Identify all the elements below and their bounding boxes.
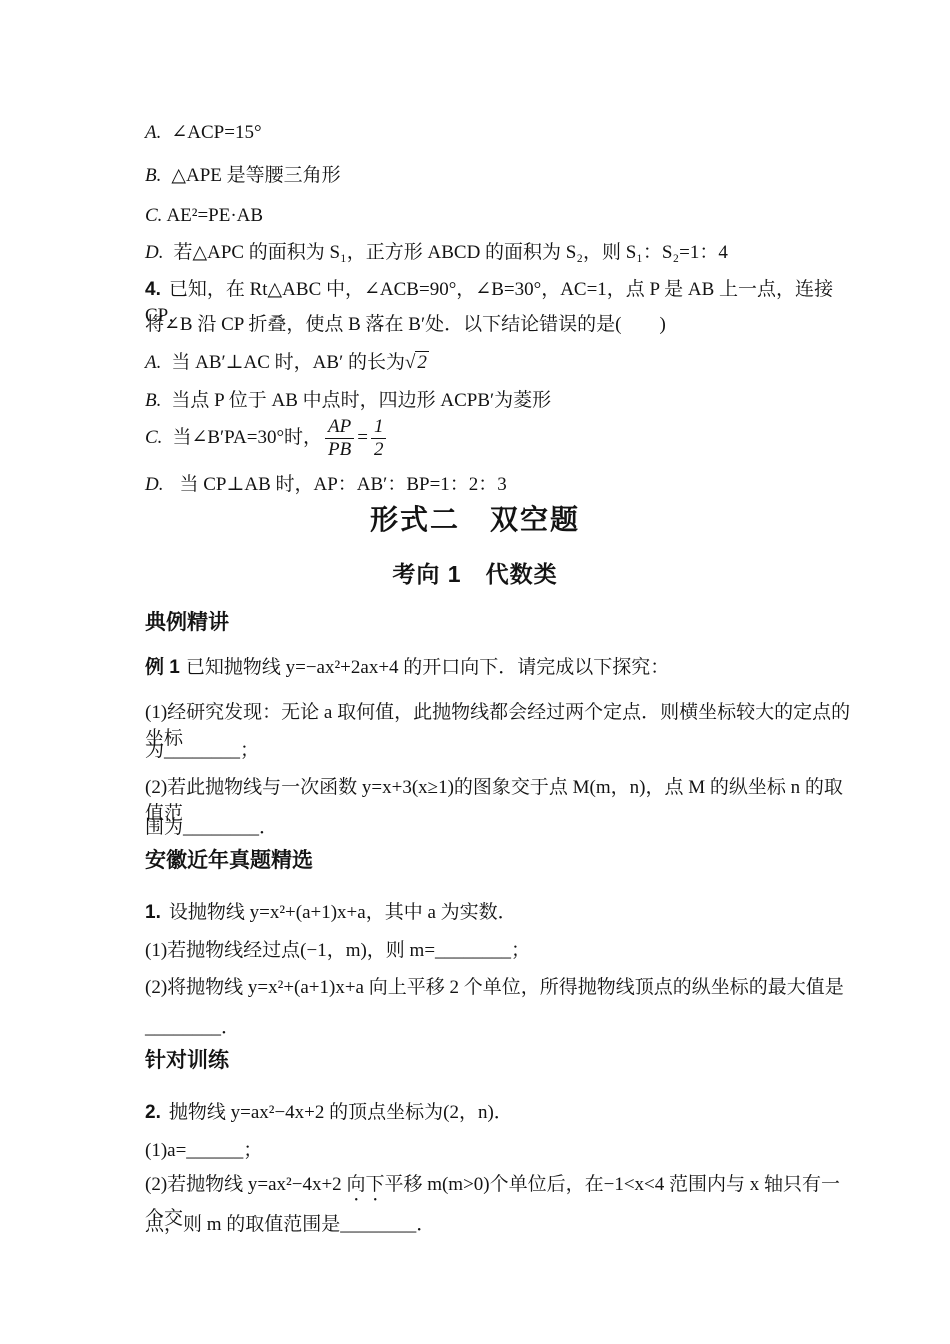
q4-option-d: D.当 CP⊥AB 时，AP：AB′：BP=1：2：3 xyxy=(145,472,857,498)
q1-stem-text: 设抛物线 y=x²+(a+1)x+a，其中 a 为实数． xyxy=(169,902,517,923)
q3-option-c-label: C. xyxy=(145,205,162,226)
equals-sign: = xyxy=(357,425,368,451)
fraction-numerator: AP xyxy=(325,417,354,439)
example1-part1-blank: 为________； xyxy=(145,738,857,764)
q4-option-c-label: C. xyxy=(145,425,162,451)
section-example: 典例精讲 xyxy=(145,610,229,636)
q4-option-c-prefix: 当∠B′PA=30°时， xyxy=(172,425,322,451)
q3-option-a: A.∠ACP=15° xyxy=(145,120,857,146)
q2-part1: (1)a=______； xyxy=(145,1138,857,1164)
example1-intro-text: 已知抛物线 y=−ax²+2ax+4 的开口向下．请完成以下探究： xyxy=(186,657,669,678)
worksheet-page: A.∠ACP=15° B.△APE 是等腰三角形 C.AE²=PE·AB D.若… xyxy=(0,0,950,1344)
q4-option-a-text: 当 AB′⊥AC 时，AB′ 的长为 xyxy=(171,352,405,373)
q3-option-d-label: D. xyxy=(145,242,163,263)
section-anhui: 安徽近年真题精选 xyxy=(145,848,313,874)
q3-option-c: C.AE²=PE·AB xyxy=(145,203,857,229)
q2-number: 2. xyxy=(145,1102,161,1123)
example1-intro: 例 1已知抛物线 y=−ax²+2ax+4 的开口向下．请完成以下探究： xyxy=(145,655,857,681)
fraction-ap-pb: AP PB xyxy=(325,417,354,460)
q4-number: 4. xyxy=(145,279,161,300)
q2-stem: 2.抛物线 y=ax²−4x+2 的顶点坐标为(2，n)． xyxy=(145,1100,857,1126)
fraction-one-half: 1 2 xyxy=(371,417,387,460)
q4-option-a: A.当 AB′⊥AC 时，AB′ 的长为√2 xyxy=(145,350,857,376)
q4-stem-line2: 将∠B 沿 CP 折叠，使点 B 落在 B′处．以下结论错误的是( ) xyxy=(145,312,857,338)
q4-option-d-text: 当 CP⊥AB 时，AP：AB′：BP=1：2：3 xyxy=(179,474,506,495)
q4-option-d-label: D. xyxy=(145,474,163,495)
q3-option-a-label: A. xyxy=(145,122,161,143)
q2-part2-prefix: (2)若抛物线 y=ax²−4x+2 xyxy=(145,1174,346,1195)
q3-option-b: B.△APE 是等腰三角形 xyxy=(145,163,857,189)
q4-stem-text2: 将∠B 沿 CP 折叠，使点 B 落在 B′处．以下结论错误的是( ) xyxy=(145,314,666,335)
q4-option-b: B.当点 P 位于 AB 中点时，四边形 ACPB′为菱形 xyxy=(145,388,857,414)
q3-option-a-text: ∠ACP=15° xyxy=(171,122,261,143)
fraction-numerator: 1 xyxy=(371,417,387,439)
q4-option-b-label: B. xyxy=(145,390,161,411)
q3-option-b-text: △APE 是等腰三角形 xyxy=(171,165,340,186)
radical-sign: √ xyxy=(405,352,415,373)
q3-option-c-text: AE²=PE·AB xyxy=(166,205,263,226)
q3-option-d: D.若△APC 的面积为 S₁，正方形 ABCD 的面积为 S₂，则 S₁：S₂… xyxy=(145,240,857,266)
q4-option-b-text: 当点 P 位于 AB 中点时，四边形 ACPB′为菱形 xyxy=(171,390,551,411)
q1-part1: (1)若抛物线经过点(−1，m)，则 m=________； xyxy=(145,938,857,964)
q3-option-b-label: B. xyxy=(145,165,161,186)
topic-title: 考向 1 代数类 xyxy=(0,560,950,588)
section-practice: 针对训练 xyxy=(145,1048,229,1074)
q3-option-d-text: 若△APC 的面积为 S₁，正方形 ABCD 的面积为 S₂，则 S₁：S₂=1… xyxy=(173,242,727,263)
fraction-denominator: PB xyxy=(325,439,354,460)
form-title: 形式二 双空题 xyxy=(0,503,950,537)
q1-part2-line1: (2)将抛物线 y=x²+(a+1)x+a 向上平移 2 个单位，所得抛物线顶点… xyxy=(145,975,857,1001)
q1-part2-blank: ________． xyxy=(145,1015,857,1041)
example1-part2-blank: 围为________． xyxy=(145,815,857,841)
q4-option-c: C.当∠B′PA=30°时， AP PB = 1 2 xyxy=(145,416,857,460)
q2-part2-emphasized: 向下 xyxy=(346,1174,384,1195)
q1-number: 1. xyxy=(145,902,161,923)
q2-stem-text: 抛物线 y=ax²−4x+2 的顶点坐标为(2，n)． xyxy=(169,1102,513,1123)
example1-label: 例 1 xyxy=(145,657,180,678)
q2-part2-line2: 点，则 m 的取值范围是________． xyxy=(145,1212,857,1238)
q1-stem: 1.设抛物线 y=x²+(a+1)x+a，其中 a 为实数． xyxy=(145,900,857,926)
q4-option-a-label: A. xyxy=(145,352,161,373)
fraction-denominator: 2 xyxy=(371,439,387,460)
radical-value: 2 xyxy=(415,351,429,373)
